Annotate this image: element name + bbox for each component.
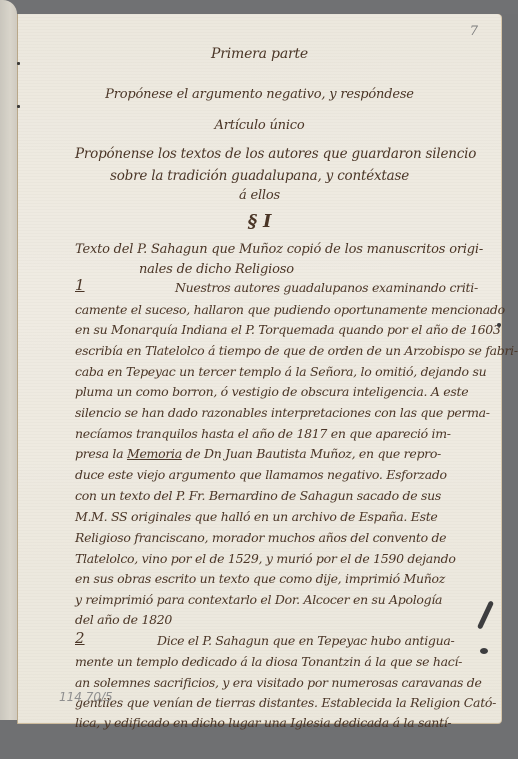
paragraph-line: Nuestros autores guadalupanos examinando… bbox=[175, 280, 478, 295]
paragraph-line: Tlatelolco, vino por el de 1529, y murió… bbox=[75, 551, 456, 566]
title-line-3: á ellos bbox=[17, 188, 502, 203]
manuscript-page: 7 Primera parte Propónese el argumento n… bbox=[17, 14, 502, 724]
pencil-annotation: 114 70/5 bbox=[59, 690, 113, 704]
scan-background bbox=[0, 0, 518, 14]
paragraph-line: pluma un como borron, ó vestigio de obsc… bbox=[75, 384, 468, 399]
section-heading-line-2: nales de dicho Religioso bbox=[139, 262, 294, 277]
paragraph-line: silencio se han dado razonables interpre… bbox=[75, 405, 490, 420]
paragraph-number: 1 bbox=[75, 276, 85, 294]
paragraph-line: camente el suceso, hallaron que pudiendo… bbox=[75, 302, 505, 317]
paragraph-line: del año de 1820 bbox=[75, 612, 172, 627]
title-line-2: sobre la tradición guadalupana, y contéx… bbox=[17, 168, 502, 184]
previous-page-edge bbox=[0, 0, 17, 720]
paragraph-line: Dice el P. Sahagun que en Tepeyac hubo a… bbox=[157, 633, 454, 648]
paragraph-line-with-underline: presa la Memoria de Dn Juan Bautista Muñ… bbox=[75, 446, 441, 461]
paragraph-line: an solemnes sacrificios, y era visitado … bbox=[75, 675, 482, 690]
page-number: 7 bbox=[470, 24, 478, 39]
paragraph-line: con un texto del P. Fr. Bernardino de Sa… bbox=[75, 488, 441, 503]
paragraph-line: en sus obras escrito un texto que como d… bbox=[75, 571, 445, 586]
section-heading-line-1: Texto del P. Sahagun que Muñoz copió de … bbox=[75, 242, 483, 257]
paragraph-line: lica, y edificado en dicho lugar una Igl… bbox=[75, 715, 451, 730]
paragraph-line: M.M. SS originales que halló en un archi… bbox=[75, 509, 438, 524]
section-mark: § I bbox=[17, 211, 502, 232]
paragraph-line: Religioso franciscano, morador muchos añ… bbox=[75, 530, 446, 545]
part-heading: Primera parte bbox=[17, 46, 502, 62]
binding-mark bbox=[17, 62, 20, 65]
binding-mark bbox=[17, 105, 20, 108]
part-subtitle: Propónese el argumento negativo, y respó… bbox=[17, 87, 502, 102]
paragraph-line: gentiles que venían de tierras distantes… bbox=[75, 695, 496, 710]
underlined-title: Memoria bbox=[127, 446, 182, 461]
ink-blot-dot bbox=[480, 648, 488, 654]
paragraph-line: en su Monarquía Indiana el P. Torquemada… bbox=[75, 322, 501, 337]
paragraph-line: escribía en Tlatelolco á tiempo de que d… bbox=[75, 343, 518, 358]
paragraph-line: necíamos tranquilos hasta el año de 1817… bbox=[75, 426, 451, 441]
paragraph-line: duce este viejo argumento que llamamos n… bbox=[75, 467, 447, 482]
ink-dot bbox=[497, 323, 501, 327]
paragraph-line: mente un templo dedicado á la diosa Tona… bbox=[75, 654, 462, 669]
paragraph-line: caba en Tepeyac un tercer templo á la Se… bbox=[75, 364, 486, 379]
title-line-1: Propónense los textos de los autores que… bbox=[75, 146, 476, 162]
paragraph-line: y reimprimió para contextarlo el Dor. Al… bbox=[75, 592, 442, 607]
paragraph-number: 2 bbox=[75, 629, 85, 647]
article-heading: Artículo único bbox=[17, 118, 502, 133]
